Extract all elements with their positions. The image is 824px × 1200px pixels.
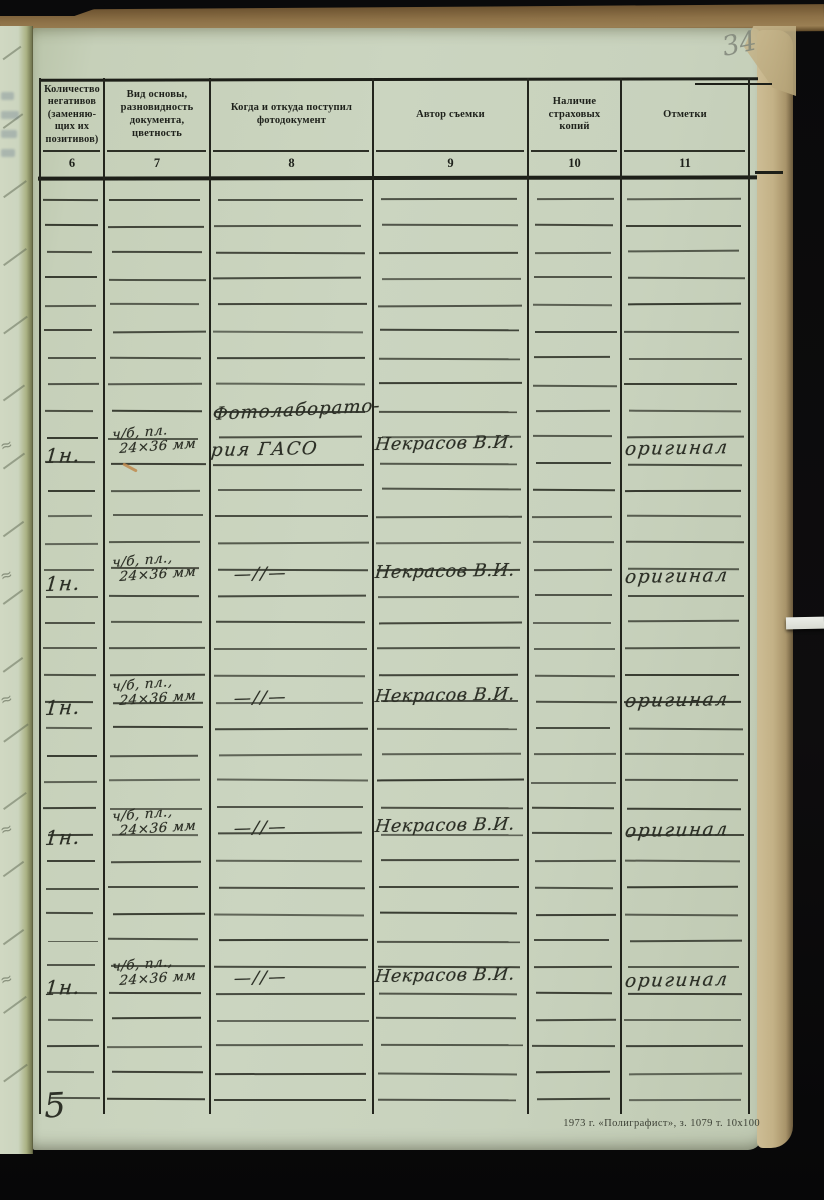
ruled-line: [44, 674, 96, 676]
handwriting-spill-mark: ≈: [0, 564, 15, 585]
handwriting-spill-mark: ≈: [0, 818, 15, 839]
ruled-line: [47, 860, 95, 862]
ruled-line: [109, 647, 205, 649]
ruled-line: [47, 964, 95, 966]
ruled-line: [215, 1072, 366, 1074]
pencil-diagonal-stroke: [3, 180, 27, 198]
ruled-line: [531, 782, 616, 784]
ruled-line: [48, 357, 96, 359]
ruled-line: [534, 939, 609, 941]
ruled-line: [534, 276, 612, 278]
ruled-line: [214, 965, 366, 967]
ruled-line: [626, 225, 741, 227]
ruled-line: [108, 938, 198, 940]
ruled-line: [45, 543, 98, 545]
ruled-line: [382, 488, 521, 491]
entry-quantity: 1н.: [44, 443, 82, 468]
ruled-line: [47, 1071, 94, 1073]
ruled-line: [216, 860, 362, 862]
ruled-line: [630, 939, 742, 941]
entry-source-line1: Фотолаборато-: [212, 395, 381, 425]
column-border: [620, 78, 622, 1114]
ruled-line: [112, 1017, 201, 1019]
ruled-line: [536, 914, 616, 916]
ruled-line: [214, 225, 361, 227]
ruled-line: [628, 620, 739, 622]
ruled-line: [216, 1044, 363, 1046]
ribbon-bookmark: [786, 617, 824, 630]
ruled-line: [627, 197, 741, 199]
print-bleed-smudge: [1, 149, 15, 157]
ruled-line: [44, 329, 92, 331]
column-number-11: 11: [621, 152, 749, 175]
ruled-line: [536, 700, 617, 702]
ruled-line: [625, 647, 740, 649]
ruled-line: [533, 622, 611, 624]
pencil-diagonal-stroke: [3, 316, 28, 335]
ruled-line: [534, 356, 610, 358]
ruled-line: [378, 595, 519, 597]
ruled-line: [533, 435, 612, 437]
ruled-line: [45, 305, 96, 307]
ruled-line: [536, 410, 610, 412]
entry-author: Некрасов В.И.: [374, 965, 516, 987]
ruled-line: [43, 199, 98, 201]
ruled-line: [45, 622, 95, 624]
entry-notes: оригинал: [624, 437, 730, 460]
ruled-line: [107, 1097, 205, 1099]
ruled-line: [624, 1019, 741, 1021]
ruled-line: [46, 912, 93, 914]
ruled-line: [218, 595, 366, 597]
ruled-line: [113, 331, 206, 333]
column-border: [39, 78, 41, 1114]
ruled-line: [216, 993, 365, 995]
ruled-line: [108, 226, 204, 228]
ruled-line: [377, 647, 520, 649]
print-imprint: 1973 г. «Полиграфист», з. 1079 т. 10х100: [420, 1118, 760, 1129]
entry-author: Некрасов В.И.: [374, 685, 516, 707]
ruled-line: [47, 1045, 99, 1047]
ruled-line: [533, 303, 612, 305]
ruled-line: [629, 1099, 741, 1101]
ruled-line: [112, 410, 202, 412]
entry-author: Некрасов В.И.: [374, 561, 516, 583]
column-header-8: Когда и откуда поступил фотодокумент: [211, 80, 372, 150]
pencil-diagonal-stroke: [3, 521, 25, 537]
ruled-line: [536, 198, 613, 200]
sheet-number-ink: 5: [43, 1085, 67, 1126]
ruled-line: [624, 383, 737, 385]
ruled-line: [534, 753, 616, 755]
ruled-line: [110, 755, 198, 757]
ruled-line: [46, 596, 98, 598]
pencil-diagonal-stroke: [3, 723, 28, 742]
entry-quantity: 1н.: [44, 975, 82, 1000]
column-number-8: 8: [210, 152, 373, 175]
ruled-line: [381, 859, 519, 861]
pencil-diagonal-stroke: [3, 792, 27, 810]
ruled-line: [113, 913, 205, 915]
entry-quantity: 1н.: [44, 825, 82, 850]
pencil-diagonal-stroke: [3, 46, 22, 61]
ruled-line: [113, 726, 203, 728]
column-header-7: Вид основы, разновидность документа, цве…: [105, 80, 209, 150]
ruled-line: [625, 859, 740, 862]
handwriting-spill-mark: ≈: [0, 434, 15, 455]
ruled-line: [377, 779, 524, 782]
ruled-line: [213, 330, 363, 332]
entry-author: Некрасов В.И.: [374, 433, 516, 455]
ruled-line: [377, 940, 520, 942]
ruled-line: [215, 728, 368, 730]
ruled-line: [629, 727, 743, 730]
column-header-10: Наличие страховых копий: [529, 80, 620, 150]
ruled-line: [43, 807, 96, 809]
ruled-line: [532, 1044, 615, 1046]
ruled-line: [537, 1098, 610, 1100]
pencil-diagonal-stroke: [3, 861, 24, 877]
ruled-line: [214, 913, 364, 916]
ruled-line: [628, 966, 739, 968]
ruled-line: [381, 1044, 523, 1046]
ruled-line: [215, 515, 368, 517]
ruled-line: [379, 411, 517, 413]
ruled-line: [380, 911, 517, 913]
entry-source-ditto: —//—: [233, 687, 288, 709]
ruled-line: [213, 277, 361, 280]
entry-notes: оригинал: [624, 689, 730, 712]
ruled-line: [45, 276, 97, 278]
ruled-line: [218, 303, 367, 305]
ruled-line: [624, 331, 739, 333]
pencil-diagonal-stroke: [3, 453, 25, 470]
column-border: [103, 78, 105, 1114]
ruled-line: [533, 541, 614, 543]
ruled-line: [213, 464, 364, 466]
ruled-line: [380, 463, 517, 465]
ruled-line: [376, 541, 521, 543]
ruled-line: [109, 779, 200, 781]
ruled-line: [377, 728, 517, 730]
ruled-line: [46, 888, 99, 890]
print-bleed-smudge: [1, 111, 19, 119]
ruled-line: [535, 331, 617, 333]
ruled-line: [629, 1073, 742, 1075]
ruled-line: [534, 648, 615, 650]
column-number-6: 6: [40, 152, 104, 175]
ruled-line: [45, 409, 93, 411]
ruled-line: [213, 1099, 365, 1101]
ruled-line: [218, 489, 362, 491]
ruled-line: [535, 887, 613, 889]
entry-source-ditto: —//—: [233, 817, 288, 839]
entry-notes: оригинал: [624, 969, 730, 992]
ruled-line: [382, 224, 518, 226]
ruled-line: [532, 807, 614, 809]
column-border: [527, 78, 529, 1114]
column-number-10: 10: [528, 152, 621, 175]
ruled-line: [112, 1071, 203, 1073]
ruled-line: [218, 199, 363, 201]
ruled-line: [379, 622, 522, 625]
ruled-line: [44, 781, 97, 783]
ruled-line: [219, 939, 368, 941]
ruled-line: [107, 1046, 202, 1048]
ruled-line: [110, 356, 201, 358]
ruled-line: [626, 1045, 743, 1047]
column-number-9: 9: [373, 152, 528, 175]
column-header-11: Отметки: [622, 80, 748, 150]
ruled-line: [627, 886, 738, 888]
ruled-line: [218, 541, 369, 544]
ruled-line: [48, 490, 95, 492]
ruled-line: [109, 595, 199, 597]
ruled-line: [111, 621, 202, 623]
ruled-line: [216, 621, 365, 623]
ruled-line: [219, 435, 362, 438]
pencil-diagonal-stroke: [3, 657, 23, 673]
ruled-line: [110, 303, 199, 305]
ruled-line: [628, 463, 742, 465]
ruled-line: [113, 514, 203, 516]
entry-quantity: 1н.: [44, 571, 82, 596]
entry-author: Некрасов В.И.: [374, 815, 516, 837]
column-header-6: Количество негативов (заменяю- щих их по…: [41, 80, 103, 150]
pencil-diagonal-stroke: [3, 929, 25, 946]
ruled-line: [629, 410, 741, 412]
ruled-line: [382, 752, 521, 754]
ruled-line: [379, 992, 517, 994]
pencil-diagonal-stroke: [3, 996, 27, 1014]
ruled-line: [536, 462, 611, 464]
ruled-line: [46, 727, 92, 729]
ruled-line: [112, 251, 202, 253]
handwriting-spill-mark: ≈: [0, 968, 15, 989]
ruled-line: [217, 1020, 369, 1022]
ruled-line: [381, 806, 523, 808]
ruled-line: [625, 490, 741, 492]
ruled-line: [379, 886, 519, 888]
ruled-line: [47, 755, 97, 757]
ruled-line: [536, 727, 610, 729]
ruled-line: [47, 251, 92, 253]
ruled-line: [48, 941, 98, 943]
ruled-line: [628, 302, 741, 304]
ruled-line: [536, 992, 612, 994]
ruled-line: [108, 383, 202, 385]
ruled-line: [379, 357, 520, 359]
ruled-line: [534, 966, 612, 968]
ruled-line: [214, 675, 365, 677]
handwriting-spill-mark: ≈: [0, 688, 15, 709]
ruled-line: [535, 224, 613, 226]
ruled-line: [535, 252, 611, 254]
entry-source-ditto: —//—: [233, 563, 288, 585]
ruled-line: [109, 199, 200, 201]
pencil-diagonal-stroke: [3, 1064, 28, 1083]
ruled-line: [45, 224, 98, 226]
ruled-line: [625, 779, 738, 781]
ruled-line: [216, 251, 365, 253]
ruled-line: [111, 490, 200, 492]
ruled-line: [628, 277, 745, 279]
ruled-line: [109, 992, 201, 994]
entry-notes: оригинал: [624, 819, 730, 842]
ruled-line: [628, 993, 742, 995]
ruled-line: [48, 515, 92, 517]
column-header-9: Автор съемки: [374, 80, 527, 150]
ruled-line: [379, 382, 522, 384]
ruled-line: [535, 675, 615, 677]
ruled-line: [216, 382, 365, 385]
ruled-line: [108, 886, 198, 888]
entry-source-line2: рия ГАСО: [210, 438, 319, 461]
ruled-line: [628, 595, 744, 597]
ruled-line: [627, 807, 741, 809]
ruled-line: [111, 861, 201, 863]
ruled-line: [43, 647, 97, 649]
ruled-line: [627, 515, 741, 517]
ruled-line: [219, 886, 365, 888]
ruled-line: [535, 860, 616, 862]
ruled-line: [109, 279, 206, 281]
ruled-line: [214, 648, 367, 650]
entry-notes: оригинал: [624, 565, 730, 588]
column-border: [209, 78, 211, 1114]
ruled-line: [626, 541, 744, 543]
column-border: [372, 78, 374, 1114]
header-bottom-border: [38, 175, 757, 180]
ruled-line: [378, 304, 522, 307]
ruled-line: [625, 753, 744, 755]
ruled-line: [109, 541, 200, 543]
pencil-diagonal-stroke: [3, 248, 27, 266]
print-bleed-smudge: [1, 130, 17, 138]
register-table-layer: Количество негативов (заменяю- щих их по…: [0, 0, 824, 1200]
ruled-line: [532, 515, 612, 517]
column-number-7: 7: [104, 152, 210, 175]
ruled-line: [47, 437, 98, 439]
ruled-line: [629, 358, 742, 360]
ruled-line: [625, 674, 739, 676]
ruled-line: [628, 250, 739, 253]
pencil-diagonal-stroke: [3, 589, 24, 605]
ruled-line: [625, 913, 738, 916]
ruled-line: [219, 753, 362, 755]
ruled-line: [533, 489, 615, 491]
ruled-line: [533, 384, 617, 386]
ruled-line: [534, 569, 612, 571]
ruled-line: [378, 1099, 516, 1101]
ruled-line: [48, 383, 99, 385]
scanned-register-spread: Количество негативов (заменяю- щих их по…: [0, 0, 824, 1200]
ruled-line: [378, 1072, 517, 1075]
ruled-line: [535, 594, 612, 596]
ruled-line: [380, 329, 519, 331]
entry-quantity: 1н.: [44, 695, 82, 720]
entry-source-ditto: —//—: [233, 967, 288, 989]
table-right-border: [748, 78, 750, 1114]
pencil-diagonal-stroke: [3, 385, 25, 402]
ruled-line: [217, 357, 365, 359]
ruled-line: [48, 1019, 93, 1021]
ruled-line: [381, 198, 517, 200]
ruled-line: [376, 516, 522, 518]
ruled-line: [217, 778, 368, 781]
ruled-line: [217, 806, 363, 808]
ruled-line: [536, 1018, 616, 1020]
ruled-line: [532, 832, 612, 834]
ruled-line: [376, 1017, 516, 1019]
header-bottom-border-dash: [755, 171, 783, 174]
ruled-line: [379, 251, 518, 253]
ruled-line: [382, 278, 521, 280]
ruled-line: [379, 673, 518, 675]
ruled-line: [536, 1071, 610, 1073]
print-bleed-smudge: [1, 92, 14, 100]
